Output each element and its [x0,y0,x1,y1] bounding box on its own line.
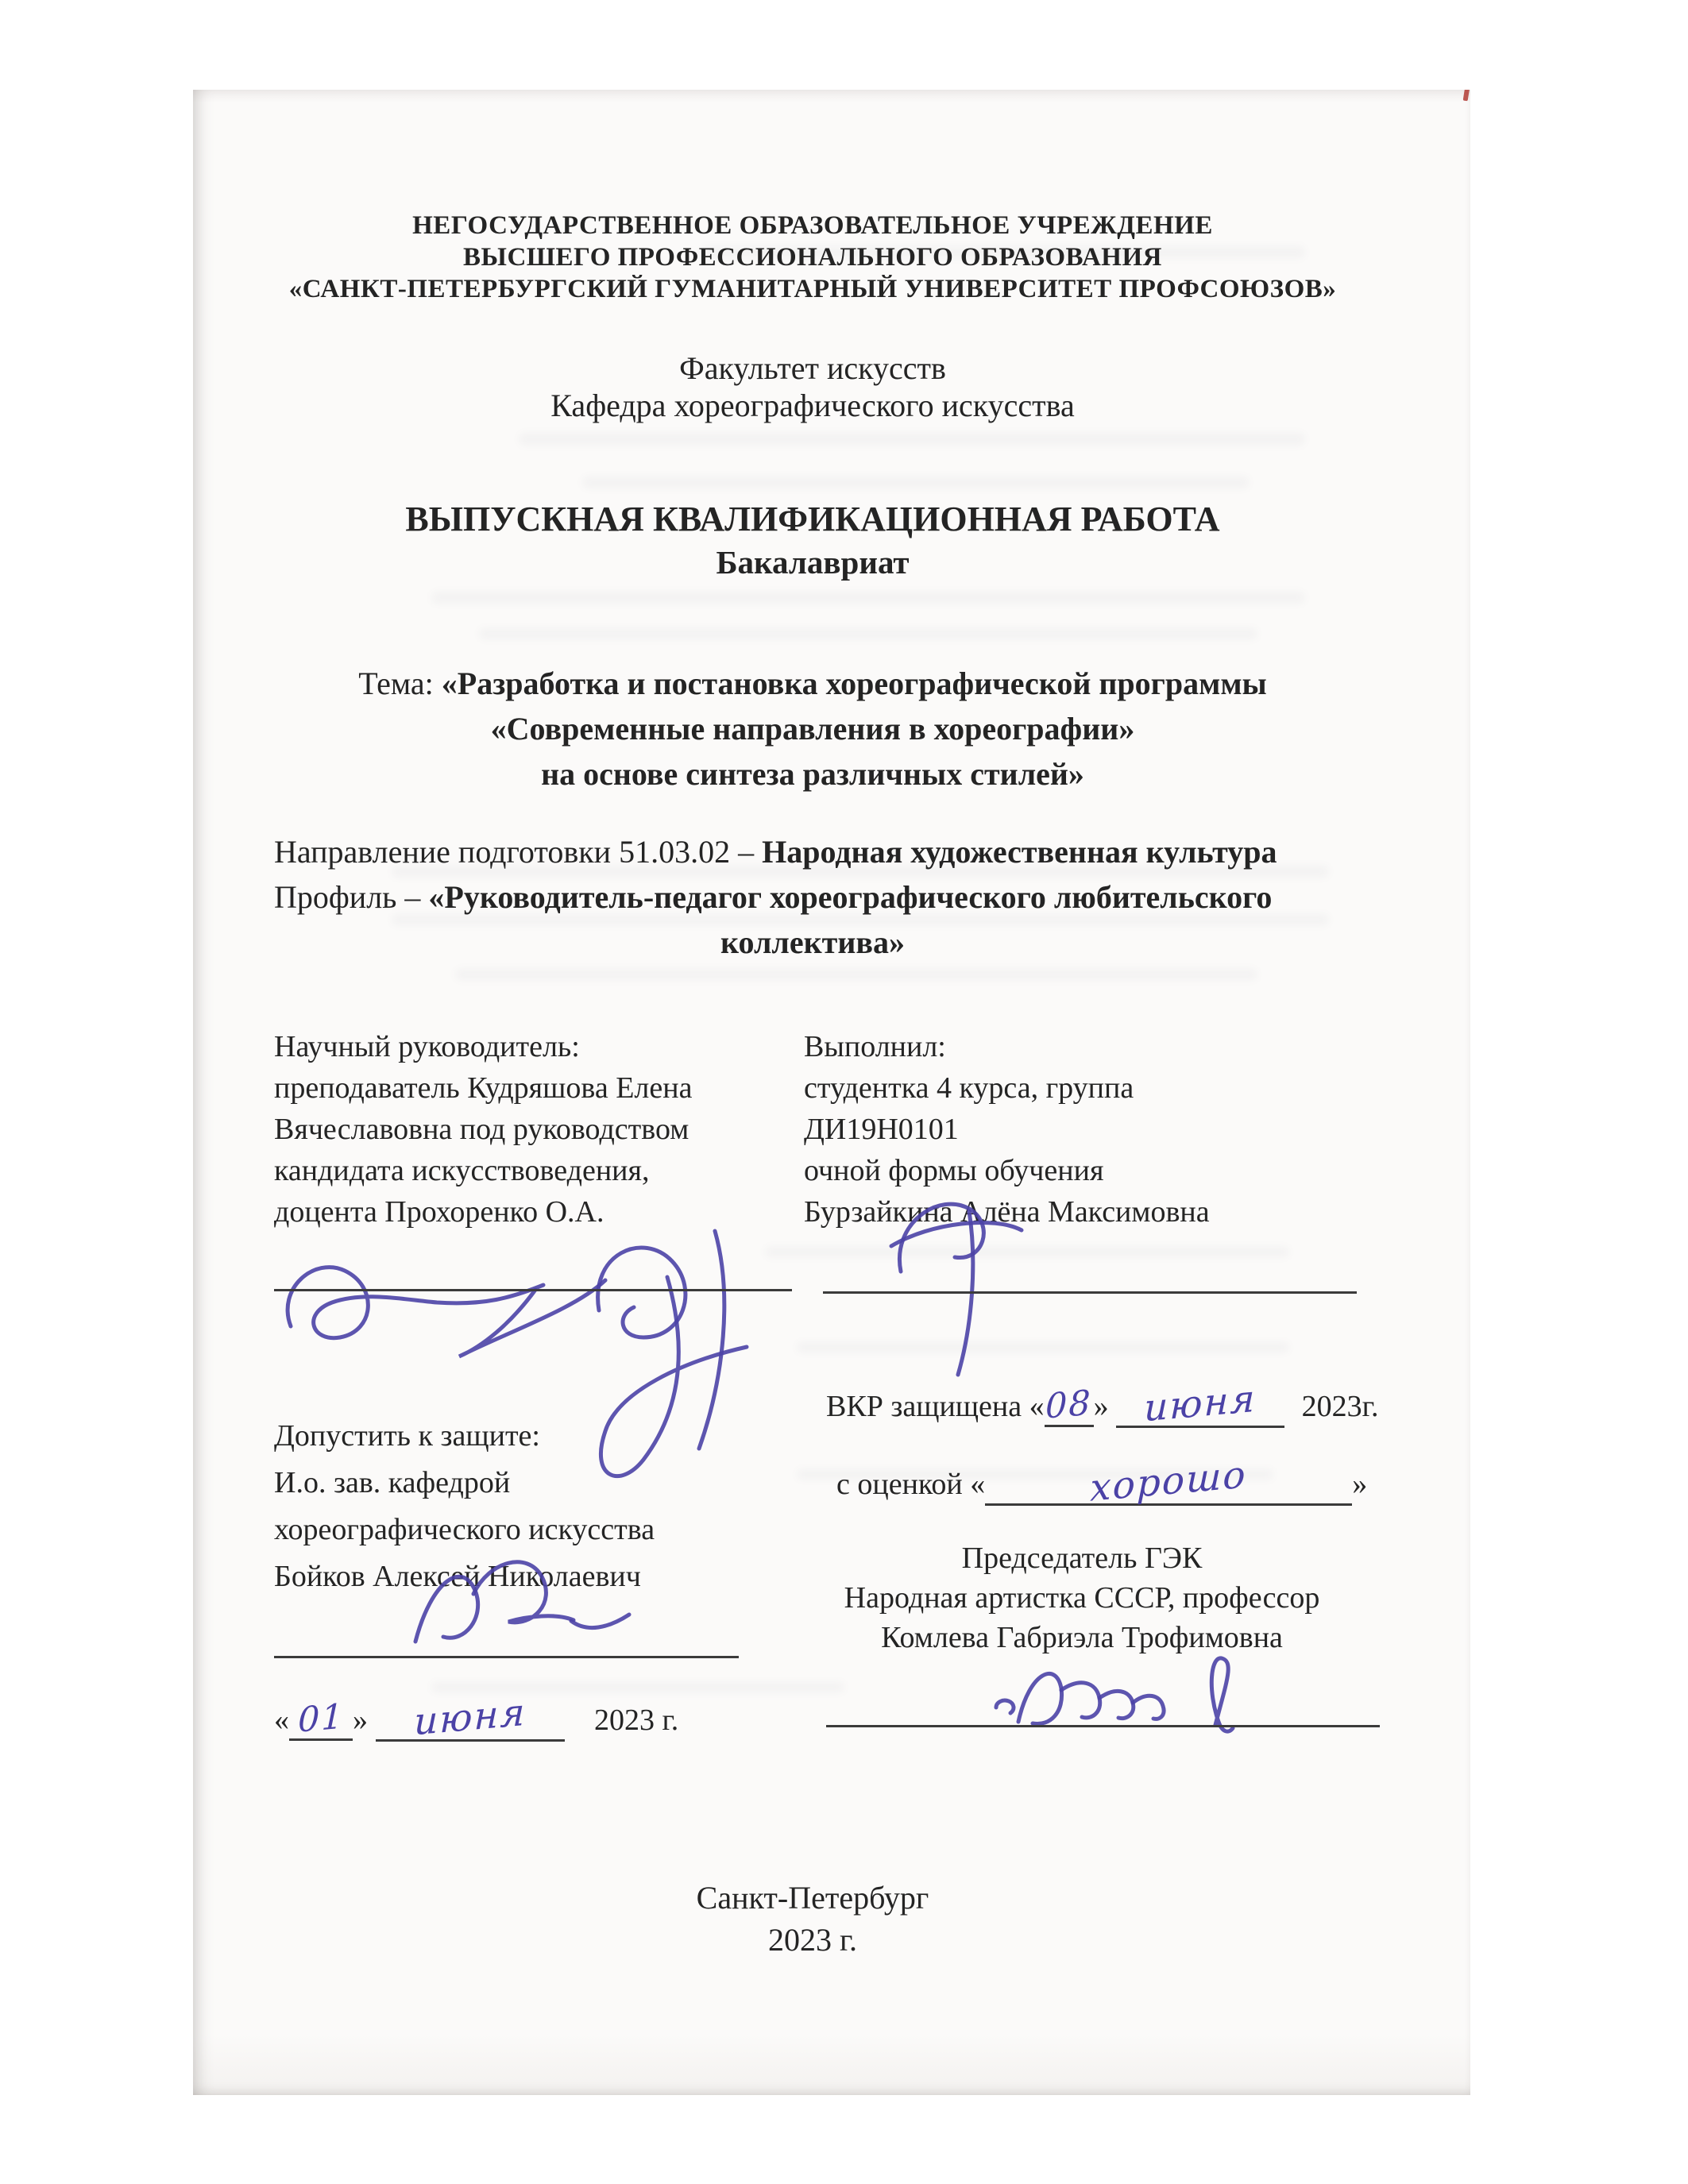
supervisor-line: преподаватель Кудряшова Елена [274,1067,802,1109]
defense-year: 2023г. [1302,1390,1379,1423]
grade-row: с оценкой «хорошо» [836,1460,1367,1506]
author-line: ДИ19Н0101 [804,1109,1328,1150]
student-signature [874,1163,1033,1386]
work-type-block: ВЫПУСКНАЯ КВАЛИФИКАЦИОННАЯ РАБОТА Бакала… [274,497,1351,583]
admission-month-field: июня [376,1696,565,1742]
city-name: Санкт-Петербург [274,1877,1351,1919]
bleed-through-artifact [797,1342,1289,1352]
author-label: Выполнил: [804,1026,1328,1067]
bleed-through-artifact [431,592,1305,604]
supervisor-line: кандидата искусствоведения, [274,1150,802,1191]
bleed-through-artifact [582,477,1250,488]
admission-line: И.о. зав. кафедрой [274,1460,814,1507]
admission-date-row: «01» июня 2023 г. [274,1696,678,1742]
grade-field: хорошо [985,1460,1352,1506]
admission-line: Допустить к защите: [274,1413,814,1460]
defense-date-row: ВКР защищена «08» июня 2023г. [826,1382,1378,1428]
chairman-signature-line [826,1725,1380,1727]
defense-month-field: июня [1116,1382,1284,1428]
grade-prefix: с оценкой « [836,1468,985,1501]
profile-line-tail: коллектива» [274,920,1351,965]
grade-value-handwritten: хорошо [1090,1453,1247,1511]
defense-day-field: 08 [1045,1385,1094,1427]
year-label: 2023 г. [274,1919,1351,1961]
direction-line: Направление подготовки 51.03.02 – Народн… [274,829,1351,874]
admission-date-close: » [353,1704,368,1737]
topic-line: Тема: «Разработка и постановка хореограф… [274,661,1351,706]
faculty-block: Факультет искусств Кафедра хореографичес… [274,349,1351,424]
bleed-through-artifact [455,969,1257,980]
admission-date-open: « [274,1704,289,1737]
document-page: НЕГОСУДАРСТВЕННОЕ ОБРАЗОВАТЕЛЬНОЕ УЧРЕЖД… [193,90,1470,2095]
chairman-signature [983,1650,1246,1750]
department-name: Кафедра хореографического искусства [274,387,1351,424]
faculty-name: Факультет искусств [274,349,1351,387]
scan-background: { "theme": { "ink_color": "#4b42a6", "li… [0,0,1688,2184]
degree-label: Бакалавриат [274,542,1351,583]
supervisor-label: Научный руководитель: [274,1026,802,1067]
admission-day-field: 01 [289,1699,353,1741]
defense-quote-close: » [1094,1390,1109,1423]
defense-day-handwritten: 08 [1045,1383,1092,1426]
profile-value: «Руководитель-педагог хореографического … [428,879,1272,915]
topic-line: на основе синтеза различных стилей» [274,751,1351,797]
chairman-line: Народная артистка СССР, профессор [804,1578,1360,1618]
institution-header: НЕГОСУДАРСТВЕННОЕ ОБРАЗОВАТЕЛЬНОЕ УЧРЕЖД… [274,210,1351,305]
direction-value: Народная художественная культура [762,834,1277,870]
head-signature-line [274,1656,739,1658]
topic-prefix: Тема: [358,666,442,701]
institution-line: «САНКТ-ПЕТЕРБУРГСКИЙ ГУМАНИТАРНЫЙ УНИВЕР… [274,273,1351,305]
grade-quote-close: » [1352,1468,1367,1501]
profile-line: Профиль – «Руководитель-педагог хореогра… [274,874,1351,920]
admission-day-handwritten: 01 [297,1696,344,1740]
city-year-block: Санкт-Петербург 2023 г. [274,1877,1351,1961]
supervisor-signature-line [274,1289,792,1291]
supervisor-line: Вячеславовна под руководством [274,1109,802,1150]
chairman-line: Председатель ГЭК [804,1538,1360,1578]
institution-line: ВЫСШЕГО ПРОФЕССИОНАЛЬНОГО ОБРАЗОВАНИЯ [274,241,1351,273]
head-signature [400,1537,646,1668]
defense-month-handwritten: июня [1144,1377,1257,1431]
work-type-title: ВЫПУСКНАЯ КВАЛИФИКАЦИОННАЯ РАБОТА [274,497,1351,542]
scan-red-mark [1463,90,1470,101]
institution-line: НЕГОСУДАРСТВЕННОЕ ОБРАЗОВАТЕЛЬНОЕ УЧРЕЖД… [274,210,1351,241]
author-line: студентка 4 курса, группа [804,1067,1328,1109]
bleed-through-artifact [431,1682,844,1692]
bleed-through-artifact [479,628,1257,639]
defense-prefix: ВКР защищена « [826,1390,1045,1423]
bleed-through-artifact [519,433,1305,446]
direction-block: Направление подготовки 51.03.02 – Народн… [274,829,1351,965]
admission-year: 2023 г. [594,1704,678,1737]
student-signature-line [823,1291,1357,1294]
admission-month-handwritten: июня [413,1691,526,1745]
topic-line: «Современные направления в хореографии» [274,706,1351,751]
topic-text: «Разработка и постановка хореографическо… [442,666,1267,701]
chairman-block: Председатель ГЭК Народная артистка СССР,… [804,1538,1360,1657]
topic-block: Тема: «Разработка и постановка хореограф… [274,661,1351,797]
